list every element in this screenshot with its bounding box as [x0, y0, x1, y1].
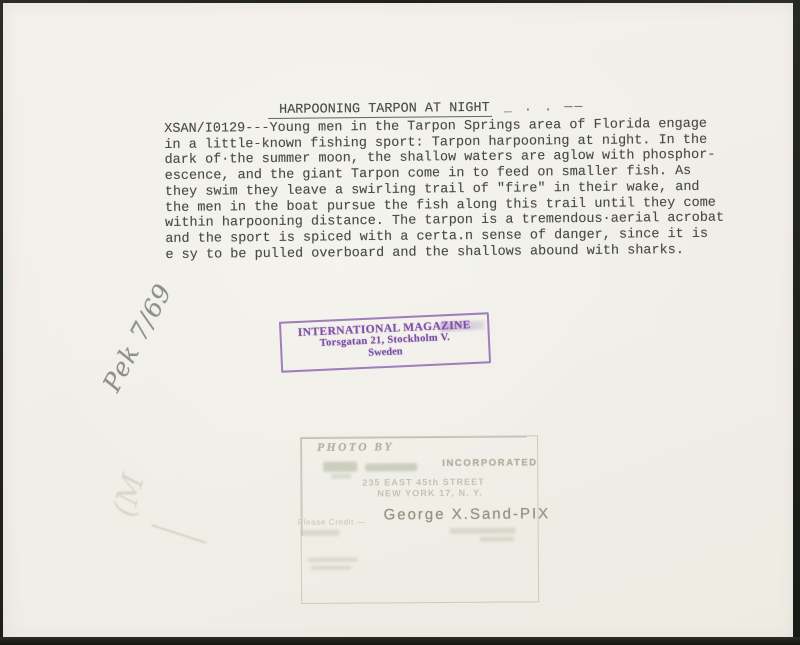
credit-stamp-address-line2: NEW YORK 17, N. Y. — [377, 488, 483, 499]
credit-stamp: PHOTO BY INCORPORATED 235 EAST 45th STRE… — [300, 435, 539, 604]
faded-text-smudge — [311, 566, 351, 570]
credit-stamp-photo-by: PHOTO BY — [317, 441, 394, 454]
scan-edge-top — [0, 0, 800, 3]
faded-text-smudge — [302, 530, 340, 536]
agency-stamp: INTERNATIONAL MAGAZINE Torsgatan 21, Sto… — [279, 312, 491, 372]
faded-logo-smudge — [323, 462, 357, 472]
caption-title-marks: _ . . —— — [504, 100, 585, 116]
faded-text-smudge — [308, 558, 358, 562]
scan-edge-bottom — [0, 637, 800, 645]
faded-logo-smudge — [331, 474, 351, 479]
faded-text-smudge — [480, 537, 514, 542]
credit-stamp-photographer-name: George X.Sand-PIX — [383, 505, 550, 523]
credit-stamp-incorporated: INCORPORATED — [442, 457, 538, 469]
faded-logo-smudge — [365, 463, 417, 471]
caption-title: HARPOONING TARPON AT NIGHT_ . . —— — [268, 98, 764, 119]
handwritten-date-note: Pek 7/69 — [97, 277, 179, 397]
credit-stamp-please-credit: Please Credit — — [298, 517, 366, 527]
caption-title-text: HARPOONING TARPON AT NIGHT — [268, 101, 492, 119]
photo-back-scan: HARPOONING TARPON AT NIGHT_ . . —— XSAN/… — [0, 0, 800, 645]
scan-edge-left — [0, 0, 3, 645]
credit-stamp-address-line1: 235 EAST 45th STREET — [362, 477, 485, 488]
handwritten-initials-note: (M — [107, 470, 152, 520]
typed-caption: HARPOONING TARPON AT NIGHT_ . . —— XSAN/… — [164, 98, 766, 263]
credit-stamp-bottom-border — [301, 436, 527, 439]
faded-text-smudge — [450, 527, 516, 533]
handwritten-stroke — [151, 524, 207, 544]
scan-edge-right — [793, 0, 800, 645]
